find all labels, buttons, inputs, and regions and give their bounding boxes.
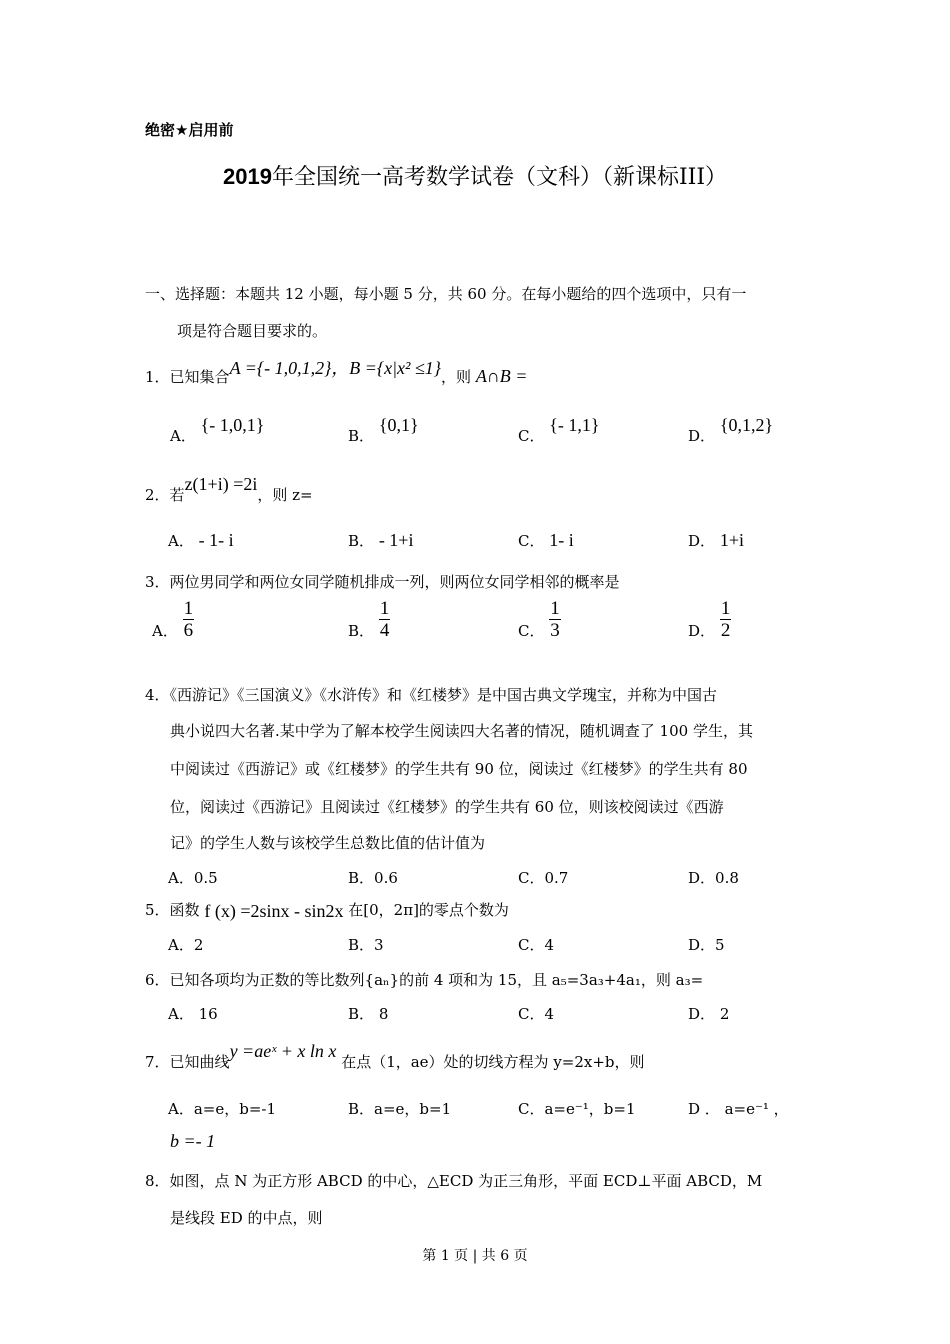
fraction: 12: [720, 598, 732, 641]
fraction: 16: [183, 598, 195, 641]
option-label: A．: [168, 532, 194, 550]
option-value: 1- i: [549, 530, 574, 550]
question-8-line-2: 是线段 ED 的中点，则: [170, 1207, 323, 1228]
option-label: C．: [518, 1100, 544, 1118]
option-value: 1+i: [720, 530, 744, 550]
question-2: 2．若z(1+i) =2i，则 z=: [145, 484, 313, 505]
option-label: A．: [168, 1005, 194, 1023]
question-number: 6．: [145, 971, 170, 989]
question-stem-suffix: 在[0，2π]的零点个数为: [348, 901, 509, 919]
option-value: a=e，b=-1: [194, 1100, 276, 1118]
question-math: z(1+i) =2i: [185, 474, 258, 494]
option-label: C．: [518, 622, 544, 640]
option-a: A． 16: [168, 1003, 218, 1024]
question-4-line-3: 中阅读过《西游记》或《红楼梦》的学生共有 90 位，阅读过《红楼梦》的学生共有 …: [170, 758, 747, 779]
option-label: C．: [518, 869, 544, 887]
option-d: D． {0,1,2}: [688, 425, 773, 446]
question-4-line-2: 典小说四大名著.某中学为了解本校学生阅读四大名著的情况，随机调查了 100 学生…: [170, 720, 753, 741]
option-label: C．: [518, 1005, 544, 1023]
question-4-line-4: 位，阅读过《西游记》且阅读过《红楼梦》的学生共有 60 位，则该校阅读过《西游: [170, 796, 724, 817]
question-4: 4．《西游记》《三国演义》《水浒传》和《红楼梦》是中国古典文学瑰宝，并称为中国古: [145, 684, 717, 705]
option-value: {- 1,0,1}: [201, 415, 265, 435]
question-stem: 函数: [170, 901, 200, 919]
question-number: 7．: [145, 1053, 170, 1071]
question-stem: 如图，点 N 为正方形 ABCD 的中心，△ECD 为正三角形，平面 ECD⊥平…: [170, 1172, 763, 1190]
fraction: 13: [549, 598, 561, 641]
option-label: D．: [688, 427, 715, 445]
question-7: 7．已知曲线y =aeˣ + x ln x 在点（1，ae）处的切线方程为 y=…: [145, 1051, 645, 1072]
option-value: 0.8: [715, 869, 739, 887]
option-value: 2: [194, 936, 204, 954]
question-stem: 若: [170, 486, 185, 504]
fraction-numerator: 1: [183, 598, 195, 620]
question-stem: 已知各项均为正数的等比数列{aₙ}的前 4 项和为 15，且 a₅=3a₃+4a…: [170, 971, 704, 989]
option-d: D． 2: [688, 1003, 729, 1024]
question-stem-suffix: ，则: [441, 368, 471, 386]
option-value: 8: [379, 1005, 389, 1023]
question-stem: 《西游记》《三国演义》《水浒传》和《红楼梦》是中国古典文学瑰宝，并称为中国古: [170, 686, 718, 704]
option-b: B．0.6: [348, 867, 398, 888]
option-label: C．: [518, 427, 544, 445]
fraction-numerator: 1: [720, 598, 732, 620]
question-number: 4．: [145, 686, 170, 704]
option-label: C．: [518, 936, 544, 954]
question-number: 5．: [145, 901, 170, 919]
option-c: C．4: [518, 934, 554, 955]
option-label: D．: [688, 869, 715, 887]
fraction-numerator: 1: [379, 598, 391, 620]
option-b: B．a=e，b=1: [348, 1098, 451, 1119]
page-footer: 第 1 页 | 共 6 页: [0, 1245, 950, 1265]
option-b: B． - 1+i: [348, 530, 413, 551]
option-b: B． {0,1}: [348, 425, 419, 446]
option-label: D．: [688, 936, 715, 954]
question-8: 8．如图，点 N 为正方形 ABCD 的中心，△ECD 为正三角形，平面 ECD…: [145, 1170, 762, 1191]
question-5: 5．函数 f (x) =2sinx - sin2x 在[0，2π]的零点个数为: [145, 899, 509, 920]
question-stem-suffix: ，则 z=: [257, 486, 312, 504]
question-math: A ={- 1,0,1,2}，B ={x|x² ≤1}: [230, 358, 441, 378]
option-c: C．4: [518, 1003, 554, 1024]
option-value: 3: [374, 936, 384, 954]
option-label: B．: [348, 427, 374, 445]
option-a: A． - 1- i: [168, 530, 234, 551]
page-title: 2019年全国统一高考数学试卷（文科）（新课标III）: [0, 160, 950, 191]
option-value: 16: [199, 1005, 218, 1023]
question-stem: 已知集合: [170, 368, 230, 386]
section-heading-cont: 项是符合题目要求的。: [177, 320, 327, 341]
question-1: 1．已知集合A ={- 1,0,1,2}，B ={x|x² ≤1}，则 A∩B …: [145, 362, 527, 388]
fraction-denominator: 3: [549, 620, 561, 641]
option-value: {0,1}: [379, 415, 419, 435]
option-label: A．: [152, 622, 178, 640]
option-value: - 1+i: [379, 530, 414, 550]
option-value: - 1- i: [199, 530, 234, 550]
option-value: a=e⁻¹，b=1: [544, 1100, 635, 1118]
question-number: 2．: [145, 486, 170, 504]
question-4-line-5: 记》的学生人数与该校学生总数比值的估计值为: [170, 832, 485, 853]
fraction-denominator: 6: [183, 620, 195, 641]
option-b: B． 8: [348, 1003, 388, 1024]
option-c: C． 13: [518, 598, 561, 641]
option-label: B．: [348, 1100, 374, 1118]
question-math: A∩B =: [476, 366, 528, 386]
option-label: D．: [688, 622, 715, 640]
question-math: y =aeˣ + x ln x: [230, 1041, 337, 1061]
option-c: C．0.7: [518, 867, 568, 888]
option-label: A．: [168, 869, 194, 887]
option-value: 4: [544, 1005, 554, 1023]
option-label: A．: [168, 1100, 194, 1118]
option-d: D．5: [688, 934, 725, 955]
option-label: D ．: [688, 1100, 720, 1118]
option-value: {0,1,2}: [720, 415, 773, 435]
option-value: {- 1,1}: [549, 415, 599, 435]
option-b: B．3: [348, 934, 384, 955]
question-math: f (x) =2sinx - sin2x: [204, 901, 343, 921]
option-value: 0.6: [374, 869, 398, 887]
option-label: B．: [348, 622, 374, 640]
option-a: A．a=e，b=-1: [168, 1098, 276, 1119]
option-a: A．0.5: [168, 867, 218, 888]
question-number: 1．: [145, 368, 170, 386]
fraction-denominator: 4: [379, 620, 391, 641]
option-c: C． 1- i: [518, 530, 574, 551]
option-value: a=e⁻¹ ，: [725, 1100, 789, 1118]
option-label: D．: [688, 1005, 715, 1023]
title-text: 年全国统一高考数学试卷（文科）（新课标III）: [272, 165, 727, 190]
question-3: 3．两位男同学和两位女同学随机排成一列，则两位女同学相邻的概率是: [145, 571, 620, 592]
question-6: 6．已知各项均为正数的等比数列{aₙ}的前 4 项和为 15，且 a₅=3a₃+…: [145, 969, 703, 990]
option-b: B． 14: [348, 598, 390, 641]
fraction-denominator: 2: [720, 620, 732, 641]
option-a: A． 16: [152, 598, 194, 641]
confidential-label: 绝密★启用前: [145, 119, 233, 140]
option-value: a=e，b=1: [374, 1100, 451, 1118]
option-a: A． {- 1,0,1}: [170, 425, 264, 446]
option-label: A．: [170, 427, 196, 445]
option-d: D ． a=e⁻¹ ，: [688, 1098, 789, 1119]
option-label: C．: [518, 532, 544, 550]
question-stem: 已知曲线: [170, 1053, 230, 1071]
option-d: D．0.8: [688, 867, 739, 888]
option-c: C． {- 1,1}: [518, 425, 600, 446]
option-value: 0.5: [194, 869, 218, 887]
fraction-numerator: 1: [549, 598, 561, 620]
option-label: B．: [348, 1005, 374, 1023]
option-d: D． 12: [688, 598, 731, 641]
option-value: 5: [715, 936, 725, 954]
question-stem-suffix: 在点（1，ae）处的切线方程为 y=2x+b，则: [341, 1053, 644, 1071]
option-label: B．: [348, 936, 374, 954]
fraction: 14: [379, 598, 391, 641]
option-d: D． 1+i: [688, 530, 744, 551]
option-value: 2: [720, 1005, 730, 1023]
option-a: A．2: [168, 934, 203, 955]
option-label: B．: [348, 532, 374, 550]
option-label: A．: [168, 936, 194, 954]
option-c: C．a=e⁻¹，b=1: [518, 1098, 636, 1119]
title-year: 2019: [223, 164, 272, 189]
option-value: 4: [544, 936, 554, 954]
question-number: 8．: [145, 1172, 170, 1190]
option-label: B．: [348, 869, 374, 887]
section-heading: 一、选择题：本题共 12 小题，每小题 5 分，共 60 分。在每小题给的四个选…: [145, 283, 746, 304]
question-number: 3．: [145, 573, 170, 591]
option-label: D．: [688, 532, 715, 550]
option-value: 0.7: [544, 869, 568, 887]
question-stem: 两位男同学和两位女同学随机排成一列，则两位女同学相邻的概率是: [170, 573, 620, 591]
option-d-continuation: b =- 1: [170, 1131, 215, 1152]
